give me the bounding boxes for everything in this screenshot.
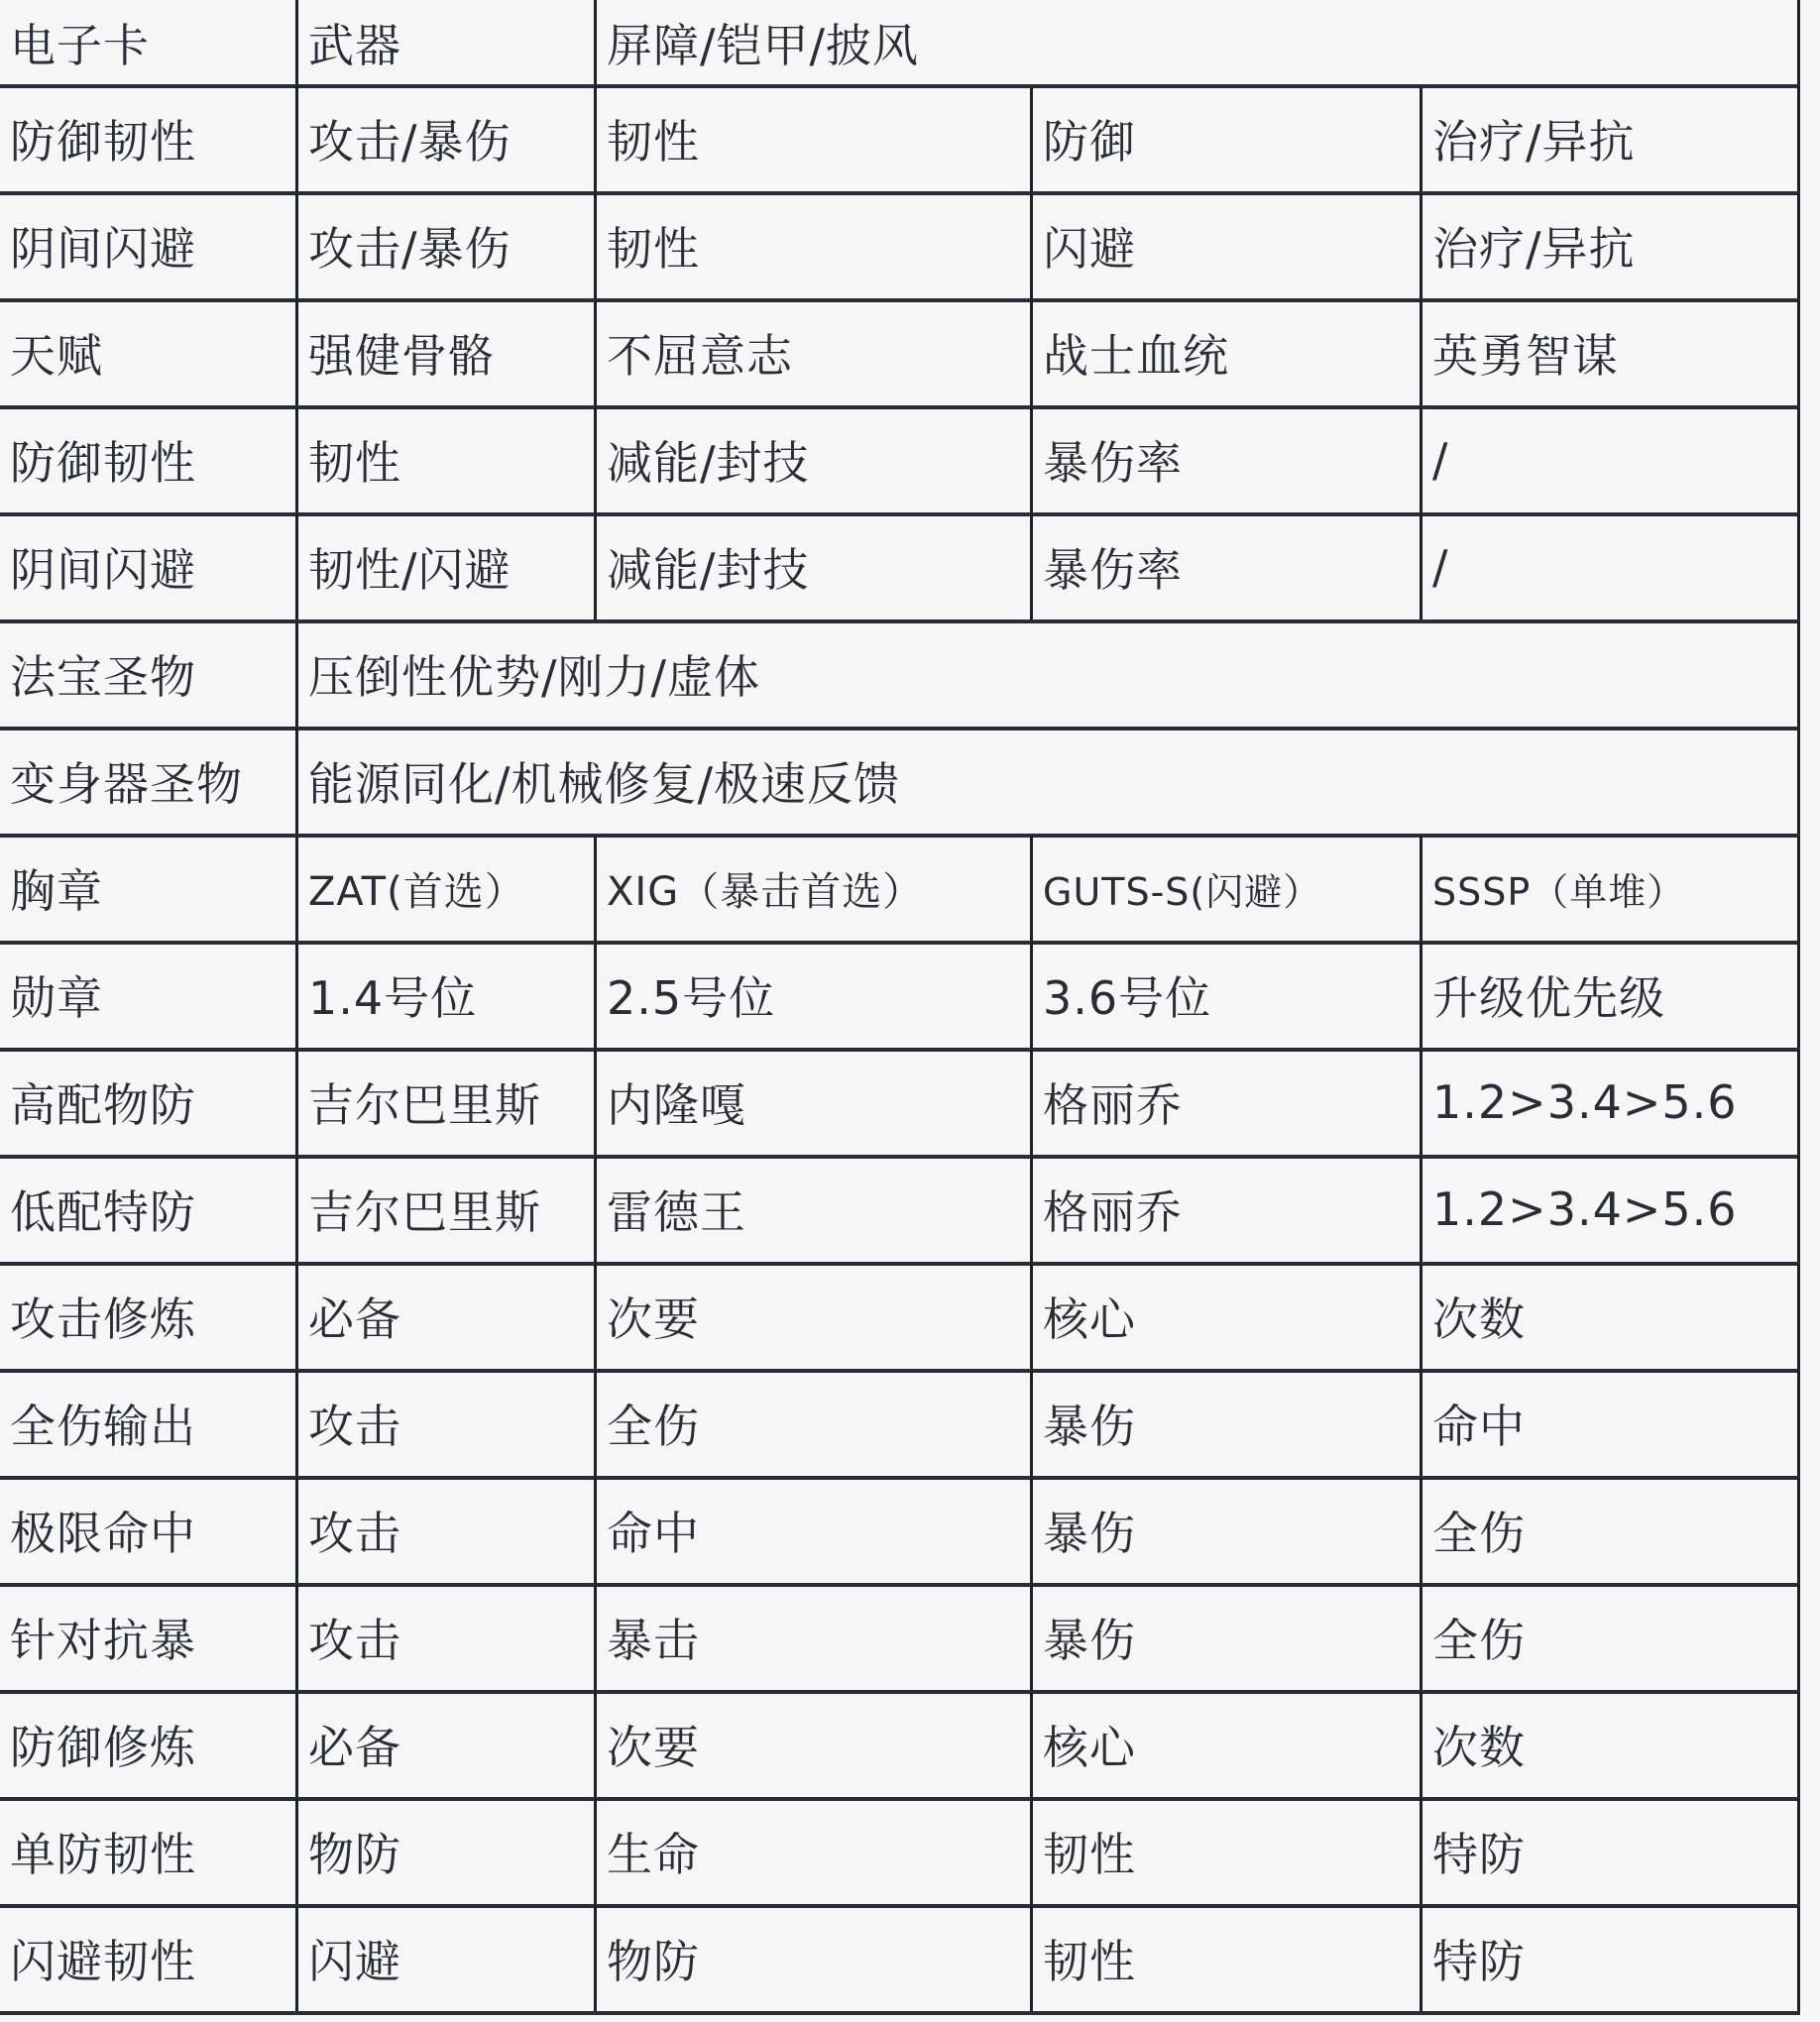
table-cell: 暴伤率 — [1033, 514, 1422, 619]
table-cell: 防御 — [1033, 86, 1422, 191]
table-cell: XIG（暴击首选） — [597, 836, 1033, 941]
row-label: 防御韧性 — [0, 407, 298, 512]
table-cell: 英勇智谋 — [1422, 300, 1800, 405]
table-cell: 格丽乔 — [1033, 1157, 1422, 1262]
table-row: 闪避韧性 闪避 物防 韧性 特防 — [0, 1906, 1800, 2015]
table-cell: 内隆嘎 — [597, 1050, 1033, 1155]
row-label: 闪避韧性 — [0, 1906, 298, 2011]
table-row: 针对抗暴 攻击 暴击 暴伤 全伤 — [0, 1585, 1800, 1694]
table-cell: 攻击 — [298, 1478, 597, 1583]
table-row: 变身器圣物 能源同化/机械修复/极速反馈 — [0, 729, 1800, 838]
table-cell: 生命 — [597, 1799, 1033, 1904]
table-cell: 屏障/铠甲/披风 — [597, 0, 1800, 84]
table-cell: 次要 — [597, 1264, 1033, 1369]
table-cell: 格丽乔 — [1033, 1050, 1422, 1155]
table-cell: 闪避 — [1033, 193, 1422, 298]
table-cell: 1.4号位 — [298, 943, 597, 1048]
row-label: 全伤输出 — [0, 1371, 298, 1476]
table-cell: 3.6号位 — [1033, 943, 1422, 1048]
row-label: 变身器圣物 — [0, 729, 298, 834]
table-cell: 特防 — [1422, 1906, 1800, 2011]
row-label: 防御韧性 — [0, 86, 298, 191]
table-cell: SSSP（单堆） — [1422, 836, 1800, 941]
table-row: 电子卡 武器 屏障/铠甲/披风 — [0, 0, 1800, 88]
table-cell: 核心 — [1033, 1264, 1422, 1369]
table-cell: 韧性/闪避 — [298, 514, 597, 619]
table-cell: GUTS-S(闪避） — [1033, 836, 1422, 941]
table-cell: 能源同化/机械修复/极速反馈 — [298, 729, 1800, 834]
table-row: 防御韧性 攻击/暴伤 韧性 防御 治疗/异抗 — [0, 86, 1800, 195]
table-cell: 武器 — [298, 0, 597, 84]
table-cell: 1.2>3.4>5.6 — [1422, 1157, 1800, 1262]
table-row: 低配特防 吉尔巴里斯 雷德王 格丽乔 1.2>3.4>5.6 — [0, 1157, 1800, 1266]
table-cell: 暴伤 — [1033, 1371, 1422, 1476]
row-label: 阴间闪避 — [0, 193, 298, 298]
table-cell: 命中 — [1422, 1371, 1800, 1476]
table-cell: 治疗/异抗 — [1422, 193, 1800, 298]
row-label: 高配物防 — [0, 1050, 298, 1155]
table-cell: 暴伤 — [1033, 1478, 1422, 1583]
table-cell: 次要 — [597, 1692, 1033, 1797]
table-cell: 次数 — [1422, 1692, 1800, 1797]
table-cell: 减能/封技 — [597, 514, 1033, 619]
table-row: 天赋 强健骨骼 不屈意志 战士血统 英勇智谋 — [0, 300, 1800, 409]
row-label: 天赋 — [0, 300, 298, 405]
row-label: 极限命中 — [0, 1478, 298, 1583]
table-cell: 吉尔巴里斯 — [298, 1050, 597, 1155]
table-cell: 不屈意志 — [597, 300, 1033, 405]
table-cell: 次数 — [1422, 1264, 1800, 1369]
table-cell: 韧性 — [597, 193, 1033, 298]
table-row: 胸章 ZAT(首选） XIG（暴击首选） GUTS-S(闪避） SSSP（单堆） — [0, 836, 1800, 945]
table-cell: 减能/封技 — [597, 407, 1033, 512]
row-label: 防御修炼 — [0, 1692, 298, 1797]
table-cell: 1.2>3.4>5.6 — [1422, 1050, 1800, 1155]
table-cell: 暴伤率 — [1033, 407, 1422, 512]
table-row: 法宝圣物 压倒性优势/刚力/虚体 — [0, 621, 1800, 730]
table-cell: 核心 — [1033, 1692, 1422, 1797]
table-cell: 物防 — [597, 1906, 1033, 2011]
table-cell: 韧性 — [298, 407, 597, 512]
table-cell: 攻击/暴伤 — [298, 193, 597, 298]
table-cell: 雷德王 — [597, 1157, 1033, 1262]
table-cell: 全伤 — [597, 1371, 1033, 1476]
table-cell: 压倒性优势/刚力/虚体 — [298, 621, 1800, 727]
table-cell: 韧性 — [597, 86, 1033, 191]
table-row: 单防韧性 物防 生命 韧性 特防 — [0, 1799, 1800, 1908]
table-cell: 攻击 — [298, 1585, 597, 1690]
table-cell: 暴击 — [597, 1585, 1033, 1690]
table-row: 防御韧性 韧性 减能/封技 暴伤率 / — [0, 407, 1800, 516]
table-row: 攻击修炼 必备 次要 核心 次数 — [0, 1264, 1800, 1373]
table-cell: 韧性 — [1033, 1906, 1422, 2011]
row-label: 阴间闪避 — [0, 514, 298, 619]
build-guide-table: 电子卡 武器 屏障/铠甲/披风 防御韧性 攻击/暴伤 韧性 防御 治疗/异抗 阴… — [0, 0, 1800, 2013]
table-cell: 必备 — [298, 1264, 597, 1369]
table-row: 极限命中 攻击 命中 暴伤 全伤 — [0, 1478, 1800, 1587]
table-cell: 命中 — [597, 1478, 1033, 1583]
table-cell: 暴伤 — [1033, 1585, 1422, 1690]
table-row: 勋章 1.4号位 2.5号位 3.6号位 升级优先级 — [0, 943, 1800, 1052]
table-cell: 全伤 — [1422, 1478, 1800, 1583]
table-cell: 攻击 — [298, 1371, 597, 1476]
table-cell: / — [1422, 514, 1800, 619]
table-cell: 2.5号位 — [597, 943, 1033, 1048]
row-label: 胸章 — [0, 836, 298, 941]
table-cell: 吉尔巴里斯 — [298, 1157, 597, 1262]
row-label: 针对抗暴 — [0, 1585, 298, 1690]
table-cell: / — [1422, 407, 1800, 512]
table-cell: 闪避 — [298, 1906, 597, 2011]
table-row: 阴间闪避 攻击/暴伤 韧性 闪避 治疗/异抗 — [0, 193, 1800, 302]
table-cell: 特防 — [1422, 1799, 1800, 1904]
table-row: 阴间闪避 韧性/闪避 减能/封技 暴伤率 / — [0, 514, 1800, 623]
table-cell: 治疗/异抗 — [1422, 86, 1800, 191]
table-row: 全伤输出 攻击 全伤 暴伤 命中 — [0, 1371, 1800, 1480]
row-label: 电子卡 — [0, 0, 298, 84]
table-row: 高配物防 吉尔巴里斯 内隆嘎 格丽乔 1.2>3.4>5.6 — [0, 1050, 1800, 1159]
table-cell: 全伤 — [1422, 1585, 1800, 1690]
table-cell: ZAT(首选） — [298, 836, 597, 941]
table-row: 防御修炼 必备 次要 核心 次数 — [0, 1692, 1800, 1801]
row-label: 攻击修炼 — [0, 1264, 298, 1369]
table-cell: 必备 — [298, 1692, 597, 1797]
table-cell: 强健骨骼 — [298, 300, 597, 405]
table-cell: 升级优先级 — [1422, 943, 1800, 1048]
row-label: 单防韧性 — [0, 1799, 298, 1904]
table-cell: 攻击/暴伤 — [298, 86, 597, 191]
table-cell: 物防 — [298, 1799, 597, 1904]
row-label: 低配特防 — [0, 1157, 298, 1262]
row-label: 法宝圣物 — [0, 621, 298, 727]
table-cell: 韧性 — [1033, 1799, 1422, 1904]
table-cell: 战士血统 — [1033, 300, 1422, 405]
row-label: 勋章 — [0, 943, 298, 1048]
